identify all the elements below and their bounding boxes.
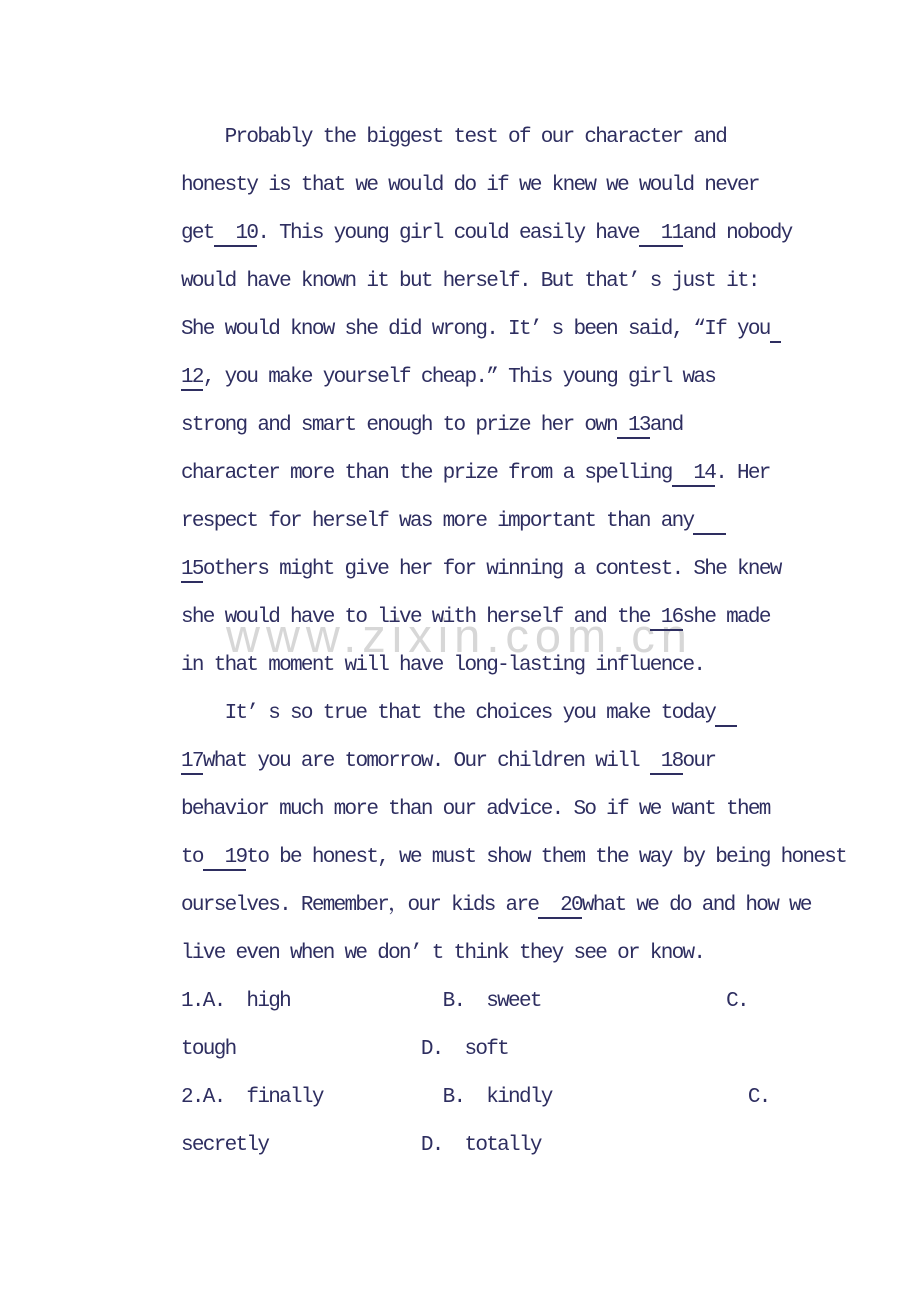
blank-underline xyxy=(693,510,726,535)
text-line: she would have to live with herself and … xyxy=(181,594,846,642)
text-line: strong and smart enough to prize her own… xyxy=(181,402,846,450)
text-line: 17what you are tomorrow. Our children wi… xyxy=(181,738,846,786)
text-line: 15others might give her for winning a co… xyxy=(181,546,846,594)
text-line: honesty is that we would do if we knew w… xyxy=(181,162,846,210)
document-page: www.zixin.com.cn Probably the biggest te… xyxy=(0,0,920,1302)
text-line: get 10. This young girl could easily hav… xyxy=(181,210,846,258)
text-line: in that moment will have long-lasting in… xyxy=(181,642,846,690)
blank-underline: 11 xyxy=(639,222,683,247)
text-line: It’ s so true that the choices you make … xyxy=(181,690,846,738)
blank-underline xyxy=(715,702,737,727)
text-line: secretly D. totally xyxy=(181,1122,846,1170)
text-line: 12, you make yourself cheap.” This young… xyxy=(181,354,846,402)
blank-underline: 16 xyxy=(650,606,683,631)
text-line: 1.A. high B. sweet C. xyxy=(181,978,846,1026)
text-line: ourselves. Remember，our kids are 20what … xyxy=(181,882,846,930)
blank-underline: 18 xyxy=(650,750,683,775)
passage-text: Probably the biggest test of our charact… xyxy=(181,114,846,1170)
blank-underline: 14 xyxy=(672,462,716,487)
blank-underline: 17 xyxy=(181,750,203,775)
text-line: to 19to be honest, we must show them the… xyxy=(181,834,846,882)
text-line: live even when we don’ t think they see … xyxy=(181,930,846,978)
text-line: 2.A. finally B. kindly C. xyxy=(181,1074,846,1122)
text-line: She would know she did wrong. It’ s been… xyxy=(181,306,846,354)
blank-underline: 13 xyxy=(617,414,650,439)
text-line: Probably the biggest test of our charact… xyxy=(181,114,846,162)
blank-underline xyxy=(770,318,781,343)
blank-underline: 20 xyxy=(538,894,582,919)
blank-underline: 10 xyxy=(214,222,258,247)
text-line: respect for herself was more important t… xyxy=(181,498,846,546)
text-line: tough D. soft xyxy=(181,1026,846,1074)
blank-underline: 15 xyxy=(181,558,203,583)
text-line: character more than the prize from a spe… xyxy=(181,450,846,498)
blank-underline: 19 xyxy=(203,846,247,871)
text-line: behavior much more than our advice. So i… xyxy=(181,786,846,834)
blank-underline: 12 xyxy=(181,366,203,391)
text-line: would have known it but herself. But tha… xyxy=(181,258,846,306)
